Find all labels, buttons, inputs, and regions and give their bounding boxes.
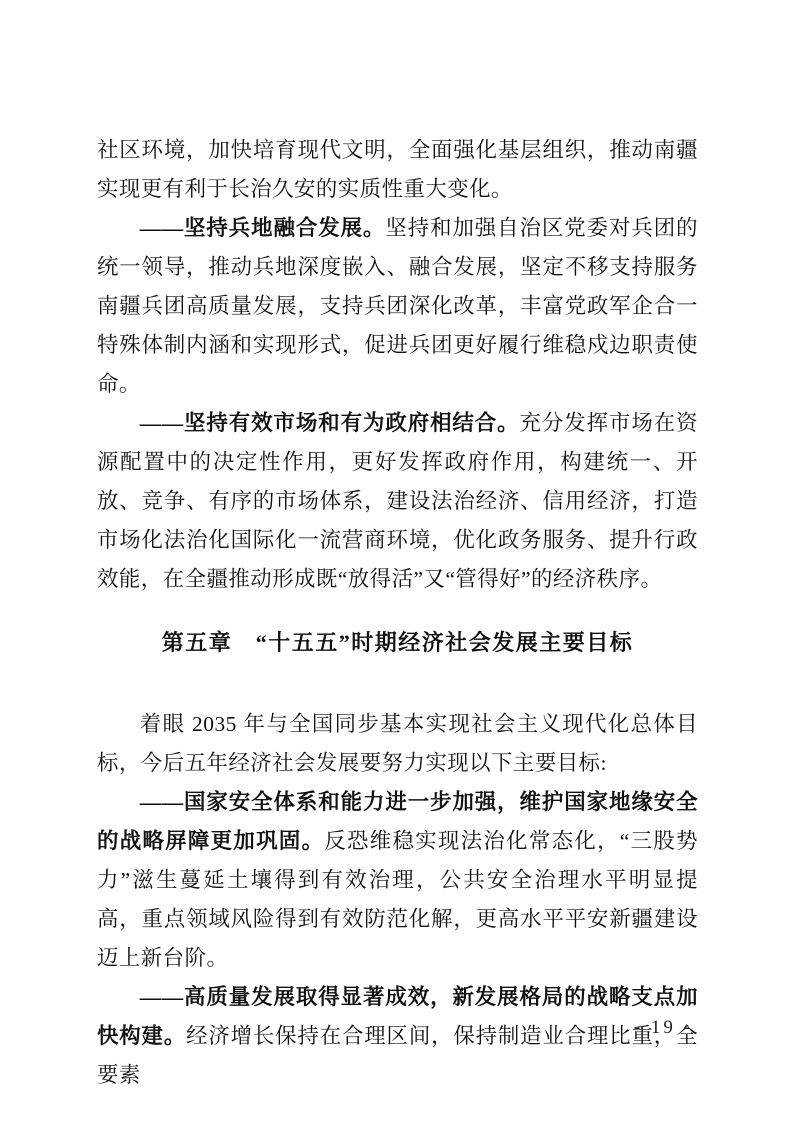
- chapter-heading: 第五章 “十五五”时期经济社会发展主要目标: [97, 623, 698, 662]
- paragraph-text: 坚持和加强自治区党委对兵团的统一领导，推动兵地深度嵌入、融合发展，坚定不移支持服…: [97, 216, 698, 396]
- paragraph-continuation: 社区环境，加快培育现代文明，全面强化基层组织，推动南疆实现更有利于长治久安的实质…: [97, 131, 698, 209]
- document-body: 社区环境，加快培育现代文明，全面强化基层组织，推动南疆实现更有利于长治久安的实质…: [97, 131, 698, 1095]
- paragraph-text: 充分发挥市场在资源配置中的决定性作用，更好发挥政府作用，构建统一、开放、竞争、有…: [97, 411, 698, 591]
- document-page: 社区环境，加快培育现代文明，全面强化基层组织，推动南疆实现更有利于长治久安的实质…: [0, 0, 793, 1122]
- paragraph-bingdi-integration: ——坚持兵地融合发展。坚持和加强自治区党委对兵团的统一领导，推动兵地深度嵌入、融…: [97, 209, 698, 404]
- paragraph-market-government: ——坚持有效市场和有为政府相结合。充分发挥市场在资源配置中的决定性作用，更好发挥…: [97, 404, 698, 599]
- paragraph-lead: ——坚持兵地融合发展。: [140, 216, 386, 240]
- page-number: - 19 -: [634, 1016, 693, 1040]
- paragraph-high-quality-development: ——高质量发展取得显著成效，新发展格局的战略支点加快构建。经济增长保持在合理区间…: [97, 978, 698, 1095]
- paragraph-text: 经济增长保持在合理区间，保持制造业合理比重，全要素: [97, 1024, 698, 1087]
- paragraph-2035-goals: 着眼 2035 年与全国同步基本实现社会主义现代化总体目标，今后五年经济社会发展…: [97, 705, 698, 783]
- paragraph-text: 社区环境，加快培育现代文明，全面强化基层组织，推动南疆实现更有利于长治久安的实质…: [97, 138, 698, 201]
- paragraph-lead: ——坚持有效市场和有为政府相结合。: [140, 411, 520, 435]
- paragraph-national-security: ——国家安全体系和能力进一步加强，维护国家地缘安全的战略屏障更加巩固。反恐维稳实…: [97, 783, 698, 978]
- paragraph-text: 着眼 2035 年与全国同步基本实现社会主义现代化总体目标，今后五年经济社会发展…: [97, 712, 698, 775]
